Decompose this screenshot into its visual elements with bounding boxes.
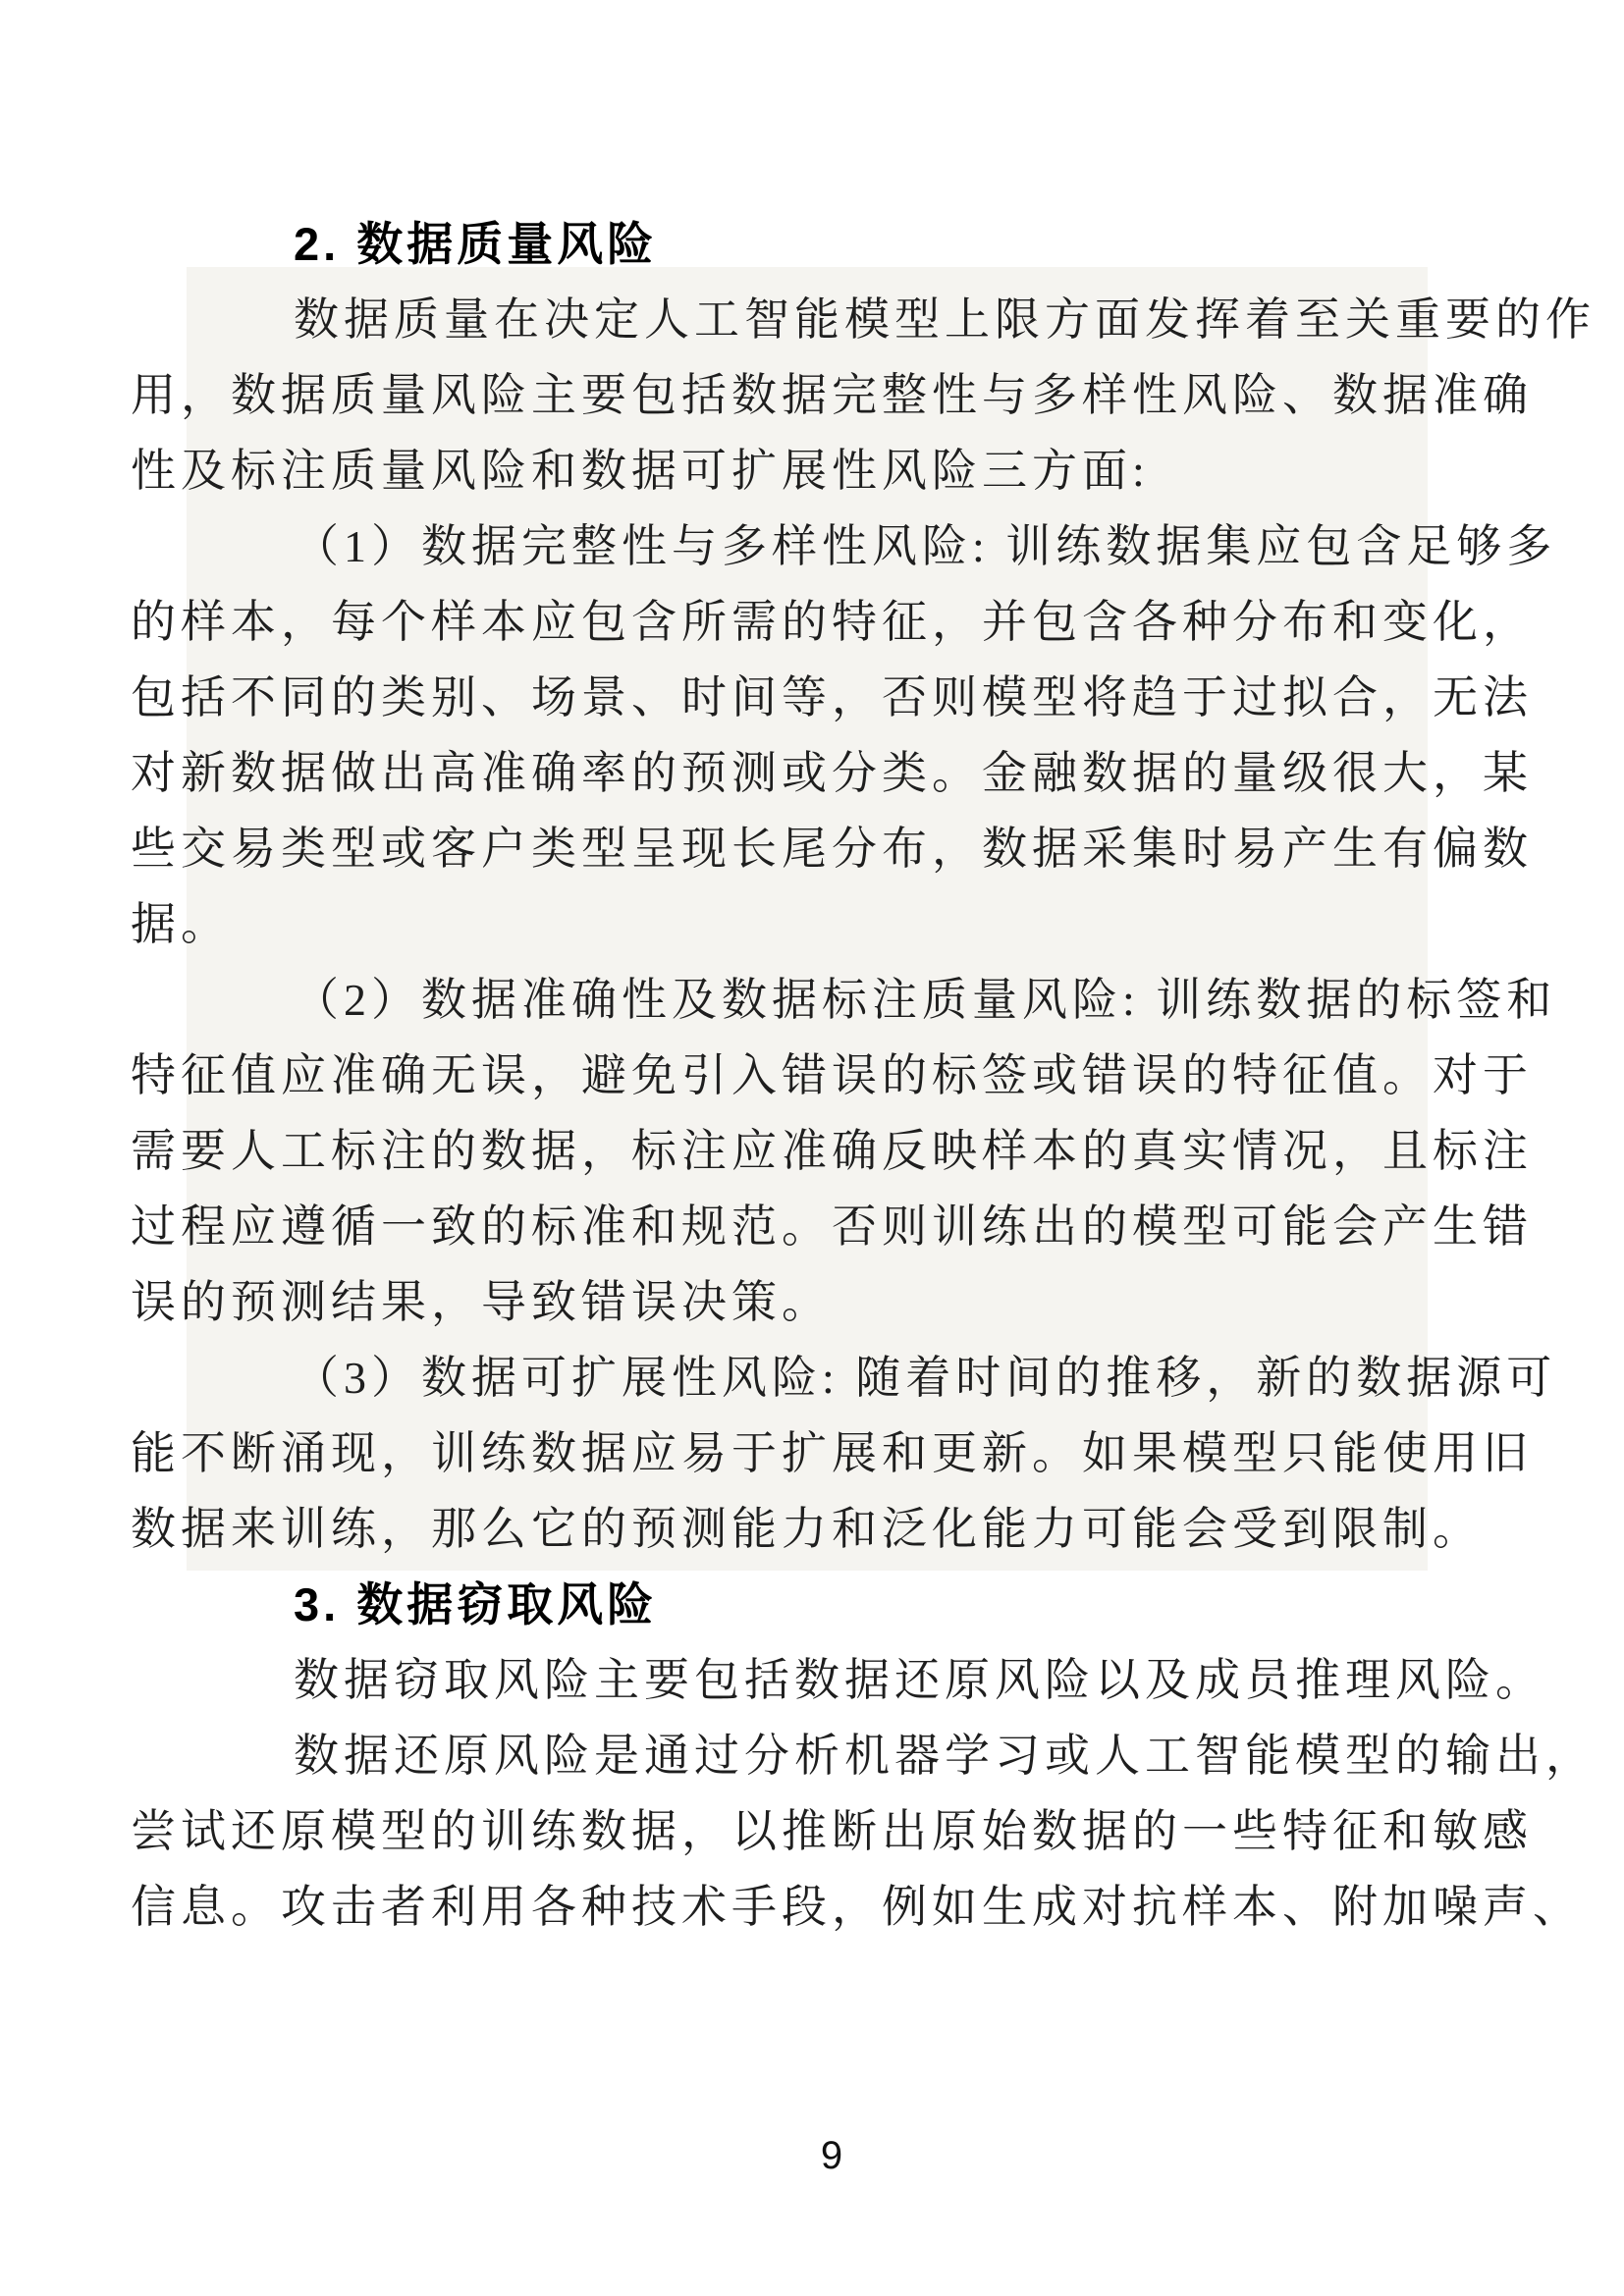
text-line: 用，数据质量风险主要包括数据完整性与多样性风险、数据准确	[131, 357, 1505, 433]
text-line: 数据来训练，那么它的预测能力和泛化能力可能会受到限制。	[131, 1491, 1505, 1567]
section-heading: 2. 数据质量风险	[131, 206, 1505, 282]
text-line: （1）数据完整性与多样性风险: 训练数据集应包含足够多	[131, 508, 1505, 584]
text-line: 数据质量在决定人工智能模型上限方面发挥着至关重要的作	[131, 282, 1505, 357]
text-line: 对新数据做出高准确率的预测或分类。金融数据的量级很大，某	[131, 735, 1505, 811]
text-line: 的样本，每个样本应包含所需的特征，并包含各种分布和变化，	[131, 584, 1505, 660]
text-line: 特征值应准确无误，避免引入错误的标签或错误的特征值。对于	[131, 1038, 1505, 1113]
text-line: 些交易类型或客户类型呈现长尾分布，数据采集时易产生有偏数	[131, 811, 1505, 886]
text-line: 数据窃取风险主要包括数据还原风险以及成员推理风险。	[131, 1642, 1505, 1718]
text-line: 信息。攻击者利用各种技术手段，例如生成对抗样本、附加噪声、	[131, 1869, 1505, 1945]
text-line: （3）数据可扩展性风险: 随着时间的推移，新的数据源可	[131, 1340, 1505, 1415]
document-page: 2. 数据质量风险数据质量在决定人工智能模型上限方面发挥着至关重要的作用，数据质…	[0, 0, 1624, 2296]
text-line: 尝试还原模型的训练数据，以推断出原始数据的一些特征和敏感	[131, 1793, 1505, 1869]
text-line: 包括不同的类别、场景、时间等，否则模型将趋于过拟合，无法	[131, 660, 1505, 735]
page-number: 9	[20, 2132, 1624, 2179]
section-heading: 3. 数据窃取风险	[131, 1567, 1505, 1642]
text-line: 数据还原风险是通过分析机器学习或人工智能模型的输出，	[131, 1718, 1505, 1793]
text-line: 过程应遵循一致的标准和规范。否则训练出的模型可能会产生错	[131, 1189, 1505, 1264]
text-line: 能不断涌现，训练数据应易于扩展和更新。如果模型只能使用旧	[131, 1415, 1505, 1491]
text-line: 需要人工标注的数据，标注应准确反映样本的真实情况，且标注	[131, 1113, 1505, 1189]
text-line: （2）数据准确性及数据标注质量风险: 训练数据的标签和	[131, 962, 1505, 1038]
text-line: 性及标注质量风险和数据可扩展性风险三方面:	[131, 433, 1505, 508]
text-line: 误的预测结果，导致错误决策。	[131, 1264, 1505, 1340]
document-text-block: 2. 数据质量风险数据质量在决定人工智能模型上限方面发挥着至关重要的作用，数据质…	[131, 206, 1505, 1945]
text-line: 据。	[131, 886, 1505, 962]
